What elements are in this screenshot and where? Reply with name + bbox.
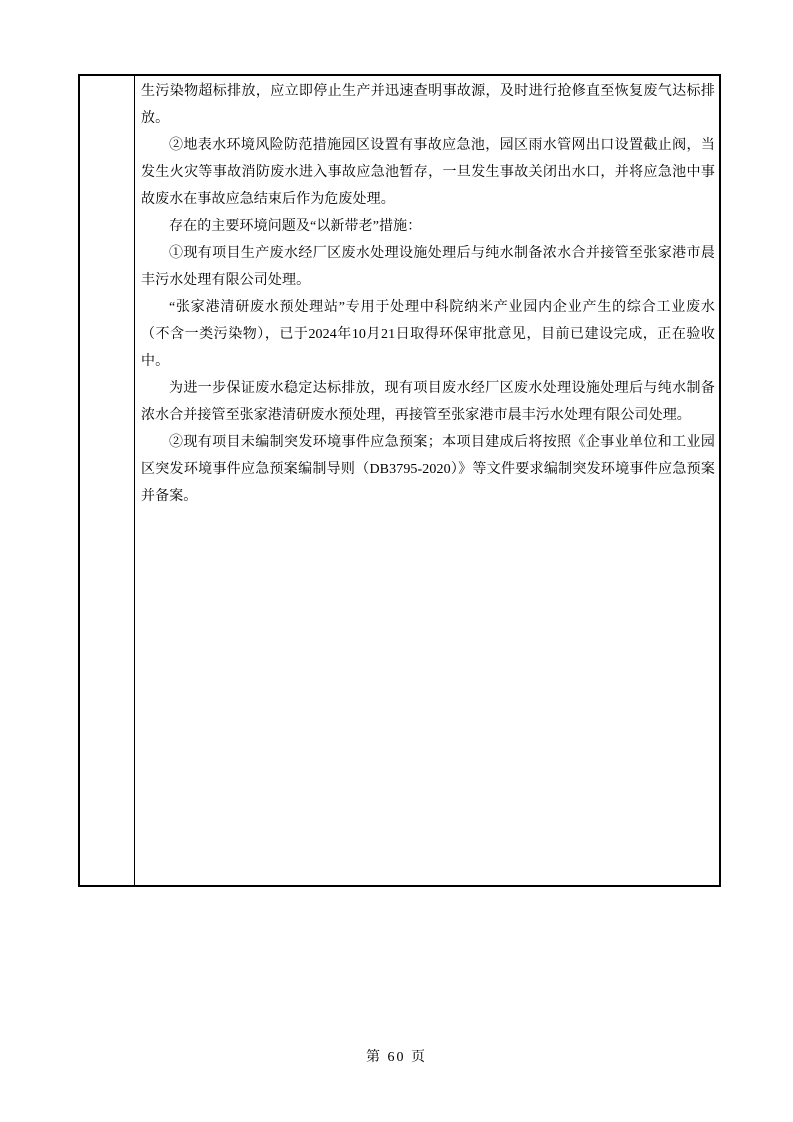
paragraph-existing-wastewater-treatment: ①现有项目生产废水经厂区废水处理设施处理后与纯水制备浓水合并接管至张家港市晨丰污… [141,240,715,294]
table-left-column [80,76,135,885]
paragraph-exceed-emission-continuation: 生污染物超标排放，应立即停止生产并迅速查明事故源，及时进行抢修直至恢复废气达标排… [141,78,715,132]
paragraph-further-wastewater-guarantee: 为进一步保证废水稳定达标排放，现有项目废水经厂区废水处理设施处理后与纯水制备浓水… [141,375,715,429]
page-footer: 第 60 页 [0,1046,793,1066]
table-content-cell: 生污染物超标排放，应立即停止生产并迅速查明事故源，及时进行抢修直至恢复废气达标排… [135,76,719,885]
page-number: 第 60 页 [366,1050,427,1065]
content-table: 生污染物超标排放，应立即停止生产并迅速查明事故源，及时进行抢修直至恢复废气达标排… [78,74,721,887]
document-page: 生污染物超标排放，应立即停止生产并迅速查明事故源，及时进行抢修直至恢复废气达标排… [0,0,793,1122]
paragraph-qingyan-pretreatment-station: “张家港清研废水预处理站”专用于处理中科院纳米产业园内企业产生的综合工业废水（不… [141,294,715,375]
paragraph-surface-water-risk-measures: ②地表水环境风险防范措施园区设置有事故应急池，园区雨水管网出口设置截止阀，当发生… [141,132,715,213]
paragraph-existing-environment-issues-heading: 存在的主要环境问题及“以新带老”措施： [141,213,715,240]
paragraph-emergency-plan: ②现有项目未编制突发环境事件应急预案；本项目建成后将按照《企事业单位和工业园区突… [141,429,715,510]
